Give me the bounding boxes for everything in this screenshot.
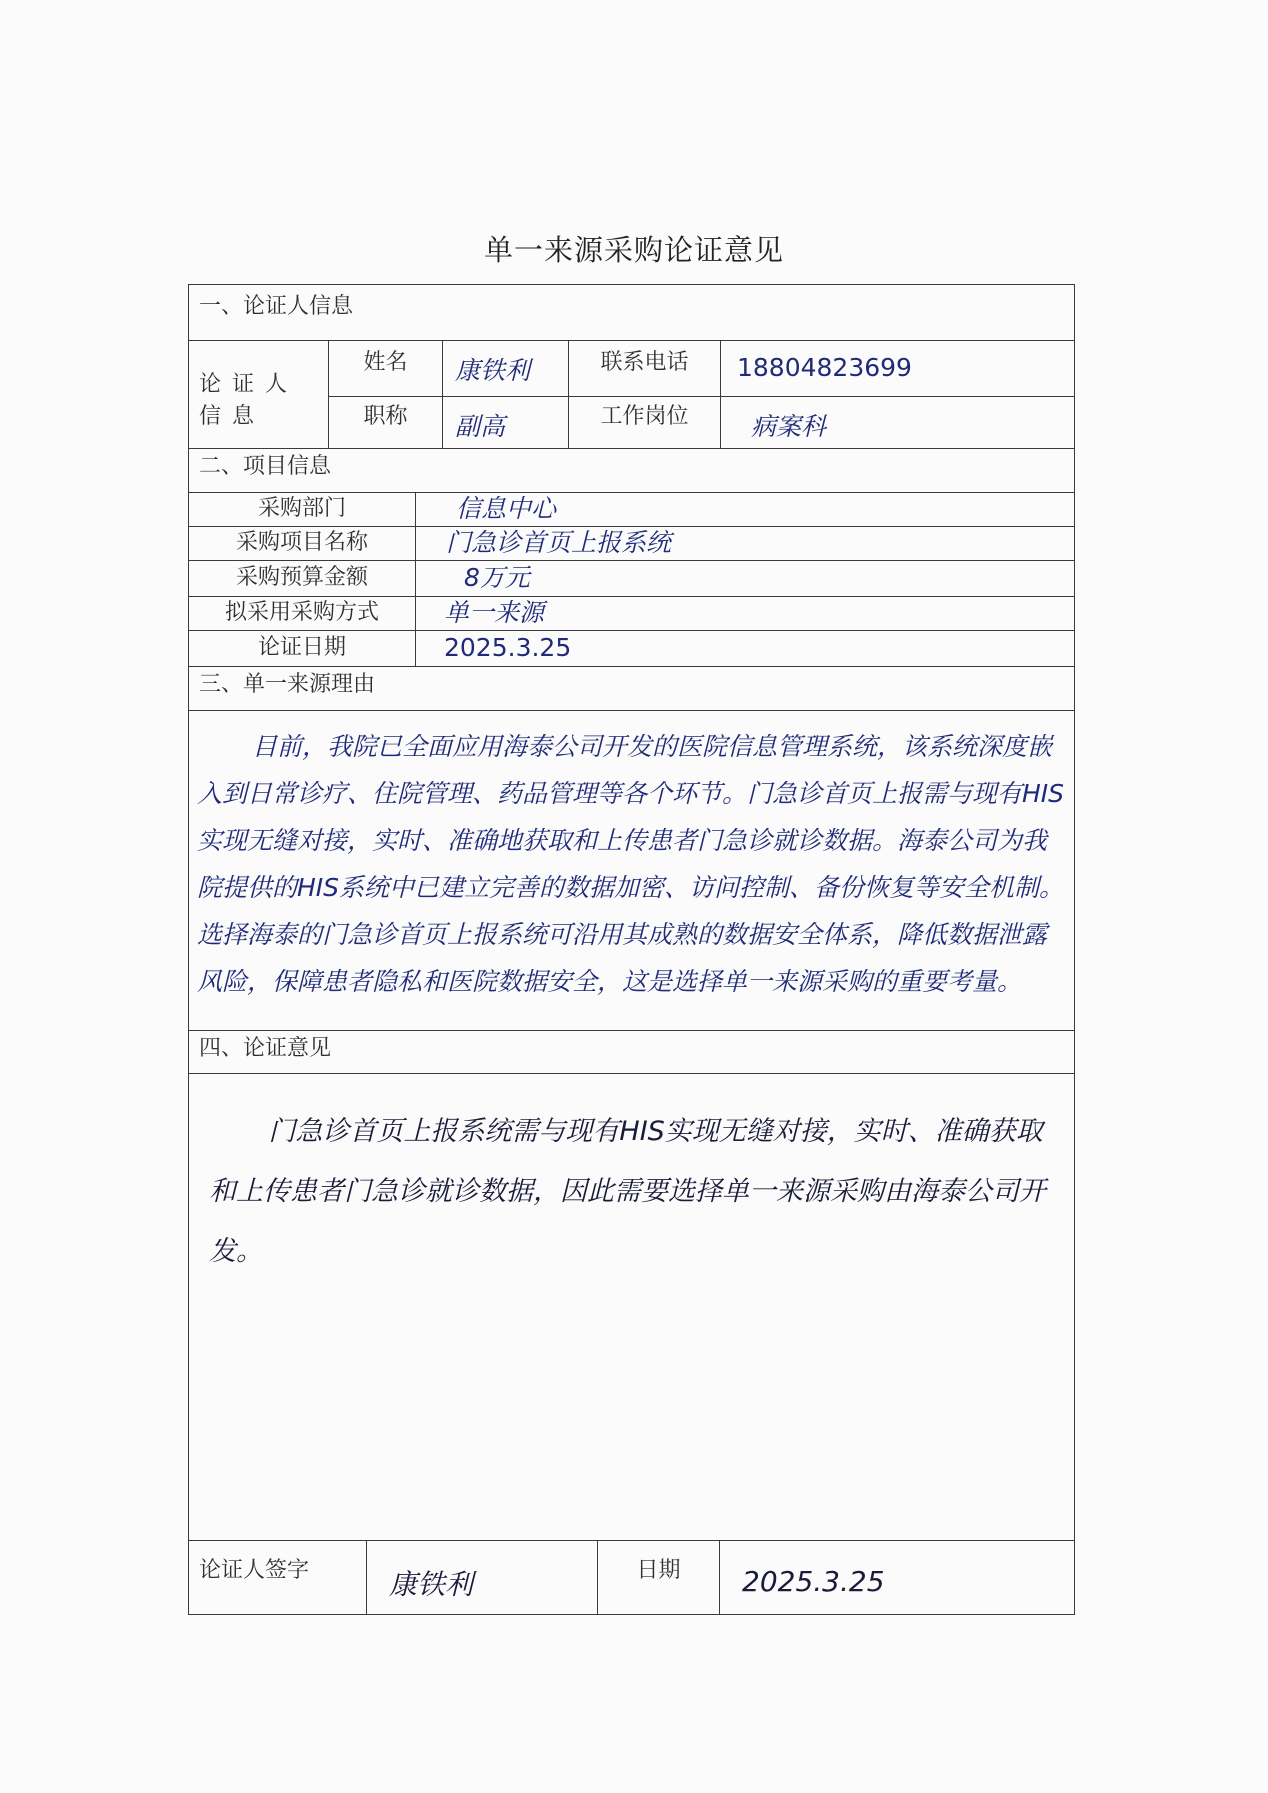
post-value: 病案科 bbox=[751, 412, 826, 441]
title-label: 职称 bbox=[328, 396, 443, 449]
evaluator-info-label-text: 论 证 人 信 息 bbox=[199, 372, 289, 429]
phone-label-text: 联系电话 bbox=[600, 350, 688, 375]
section1-heading: 一、论证人信息 bbox=[188, 284, 1075, 341]
evaluation-opinion-field[interactable]: 门急诊首页上报系统需与现有HIS实现无缝对接，实时、准确获取和上传患者门急诊就诊… bbox=[188, 1073, 1075, 1541]
eval-date-field[interactable]: 2025.3.25 bbox=[415, 630, 1075, 667]
method-label: 拟采用采购方式 bbox=[188, 596, 416, 631]
title-value: 副高 bbox=[455, 412, 505, 441]
section3-heading-text: 三、单一来源理由 bbox=[199, 672, 375, 697]
project-name-value: 门急诊首页上报系统 bbox=[446, 528, 671, 557]
project-name-field[interactable]: 门急诊首页上报系统 bbox=[415, 526, 1075, 561]
signer-label-text: 论证人签字 bbox=[199, 1558, 309, 1583]
method-label-text: 拟采用采购方式 bbox=[225, 600, 379, 625]
dept-value: 信息中心 bbox=[456, 494, 556, 523]
document-title: 单一来源采购论证意见 bbox=[0, 228, 1268, 269]
dept-label: 采购部门 bbox=[188, 492, 416, 527]
project-name-label: 采购项目名称 bbox=[188, 526, 416, 561]
post-label: 工作岗位 bbox=[568, 396, 721, 449]
project-name-label-text: 采购项目名称 bbox=[236, 530, 368, 555]
section4-heading: 四、论证意见 bbox=[188, 1030, 1075, 1074]
name-value: 康铁利 bbox=[455, 356, 530, 385]
single-source-reason-field[interactable]: 目前，我院已全面应用海泰公司开发的医院信息管理系统，该系统深度嵌入到日常诊疗、住… bbox=[188, 710, 1075, 1031]
method-field[interactable]: 单一来源 bbox=[415, 596, 1075, 631]
phone-value: 18804823699 bbox=[737, 353, 912, 382]
sign-date-label-text: 日期 bbox=[636, 1558, 680, 1583]
sign-date-label: 日期 bbox=[597, 1540, 720, 1615]
section1-heading-text: 一、论证人信息 bbox=[199, 294, 353, 319]
name-field[interactable]: 康铁利 bbox=[442, 340, 569, 397]
budget-label: 采购预算金额 bbox=[188, 560, 416, 597]
section4-heading-text: 四、论证意见 bbox=[199, 1036, 331, 1061]
budget-value: 8万元 bbox=[464, 563, 530, 592]
single-source-reason-text: 目前，我院已全面应用海泰公司开发的医院信息管理系统，该系统深度嵌入到日常诊疗、住… bbox=[197, 732, 1064, 996]
method-value: 单一来源 bbox=[444, 598, 544, 627]
evaluator-info-label: 论 证 人 信 息 bbox=[188, 340, 329, 449]
signature-value: 康铁利 bbox=[389, 1568, 473, 1601]
section2-heading-text: 二、项目信息 bbox=[199, 454, 331, 479]
name-label: 姓名 bbox=[328, 340, 443, 397]
section3-heading: 三、单一来源理由 bbox=[188, 666, 1075, 711]
eval-date-label-text: 论证日期 bbox=[258, 635, 346, 660]
dept-label-text: 采购部门 bbox=[258, 496, 346, 521]
sign-date-value: 2025.3.25 bbox=[742, 1565, 885, 1598]
budget-label-text: 采购预算金额 bbox=[236, 565, 368, 590]
sign-date-field[interactable]: 2025.3.25 bbox=[719, 1540, 1075, 1615]
title-field[interactable]: 副高 bbox=[442, 396, 569, 449]
budget-field[interactable]: 8万元 bbox=[415, 560, 1075, 597]
eval-date-value: 2025.3.25 bbox=[444, 633, 571, 662]
post-field[interactable]: 病案科 bbox=[720, 396, 1075, 449]
post-label-text: 工作岗位 bbox=[600, 404, 688, 429]
evaluation-opinion-text: 门急诊首页上报系统需与现有HIS实现无缝对接，实时、准确获取和上传患者门急诊就诊… bbox=[209, 1116, 1046, 1267]
phone-field[interactable]: 18804823699 bbox=[720, 340, 1075, 397]
phone-label: 联系电话 bbox=[568, 340, 721, 397]
signature-field[interactable]: 康铁利 bbox=[366, 1540, 598, 1615]
signer-label: 论证人签字 bbox=[188, 1540, 367, 1615]
section2-heading: 二、项目信息 bbox=[188, 448, 1075, 493]
eval-date-label: 论证日期 bbox=[188, 630, 416, 667]
name-label-text: 姓名 bbox=[363, 350, 407, 375]
title-label-text: 职称 bbox=[363, 404, 407, 429]
dept-field[interactable]: 信息中心 bbox=[415, 492, 1075, 527]
